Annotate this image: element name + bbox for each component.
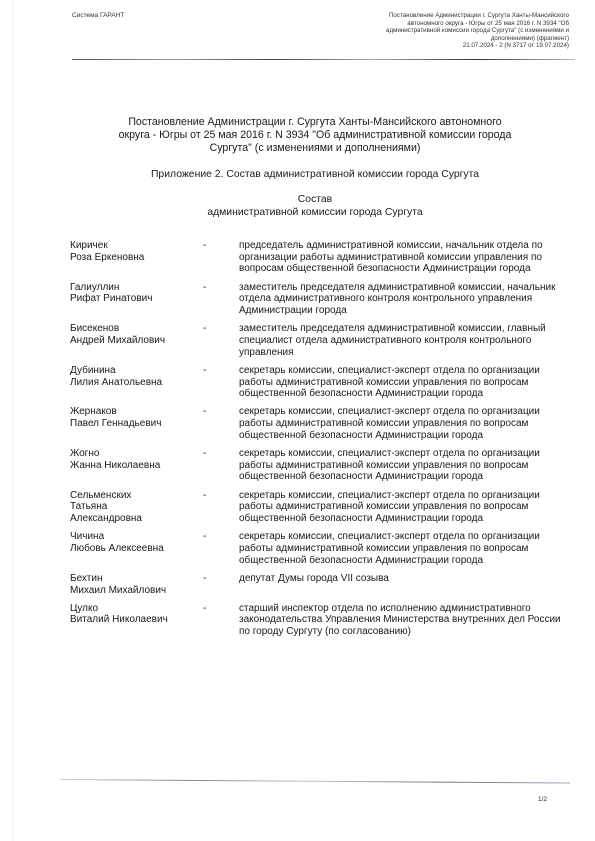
member-surname: Цулко [70, 603, 203, 615]
appendix-title: Приложение 2. Состав административной ко… [70, 169, 560, 180]
member-given-name: Любовь Алексеевна [70, 543, 203, 555]
member-given-name: Павел Геннадьевич [70, 418, 203, 430]
member-row: СельменскихТатьянаАлександровна-секретар… [70, 490, 570, 525]
member-row: ДубининаЛилия Анатольевна-секретарь коми… [70, 365, 570, 400]
member-surname: Бехтин [70, 573, 203, 585]
member-given-name: Роза Еркеновна [70, 252, 203, 264]
member-name: СельменскихТатьянаАлександровна [70, 490, 203, 525]
composition-heading: Состав административной комиссии города … [70, 193, 560, 219]
separator-dash: - [203, 531, 239, 566]
member-role: секретарь комиссии, специалист-эксперт о… [239, 406, 564, 441]
source-line: 21.07.2024 - 2 (N 3717 от 19.07.2024) [344, 42, 569, 50]
member-name: ЧичинаЛюбовь Алексеевна [70, 531, 203, 566]
member-surname: Сельменских [70, 490, 203, 502]
member-given-name: Михаил Михайлович [70, 585, 203, 597]
source-line: административной комиссии города Сургута… [344, 27, 569, 35]
member-role: депутат Думы города VII созыва [239, 573, 564, 596]
member-row: ЧичинаЛюбовь Алексеевна-секретарь комисс… [70, 531, 570, 566]
member-role: секретарь комиссии, специалист-эксперт о… [239, 490, 564, 525]
member-row: ЦулкоВиталий Николаевич-старший инспекто… [70, 603, 570, 638]
page-number: 1/2 [538, 796, 547, 803]
member-role: председатель административной комиссии, … [239, 240, 564, 275]
member-surname: Дубинина [70, 365, 203, 377]
separator-dash: - [203, 603, 239, 638]
scan-edge [12, 0, 13, 841]
member-given-name: Рифат Ринатович [70, 293, 203, 305]
separator-dash: - [203, 448, 239, 483]
member-row: ЖернаковПавел Геннадьевич-секретарь коми… [70, 406, 570, 441]
member-surname: Галиуллин [70, 282, 203, 294]
member-given-name: Александровна [70, 513, 203, 525]
document-title: Постановление Администрации г. Сургута Х… [70, 116, 560, 155]
member-role: секретарь комиссии, специалист-эксперт о… [239, 365, 564, 400]
separator-dash: - [203, 490, 239, 525]
footer-divider [60, 779, 570, 784]
member-surname: Жогно [70, 448, 203, 460]
member-role: секретарь комиссии, специалист-эксперт о… [239, 448, 564, 483]
member-name: ГалиуллинРифат Ринатович [70, 282, 203, 317]
title-line: Постановление Администрации г. Сургута Х… [70, 116, 560, 129]
member-surname: Чичина [70, 531, 203, 543]
separator-dash: - [203, 282, 239, 317]
title-line: округа - Югры от 25 мая 2016 г. N 3934 "… [70, 129, 560, 142]
member-row: ЖогноЖанна Николаевна-секретарь комиссии… [70, 448, 570, 483]
member-name: БисекеновАндрей Михайлович [70, 323, 203, 358]
member-role: заместитель председателя административно… [239, 323, 564, 358]
member-surname: Бисекенов [70, 323, 203, 335]
member-row: ГалиуллинРифат Ринатович-заместитель пре… [70, 282, 570, 317]
member-given-name: Татьяна [70, 501, 203, 513]
title-line: Сургута" (с изменениями и дополнениями) [70, 142, 560, 155]
separator-dash: - [203, 240, 239, 275]
member-role: секретарь комиссии, специалист-эксперт о… [239, 531, 564, 566]
member-role: заместитель председателя административно… [239, 282, 564, 317]
source-reference: Постановление Администрации г. Сургута Х… [344, 12, 569, 50]
member-role: старший инспектор отдела по исполнению а… [239, 603, 564, 638]
member-name: ЖернаковПавел Геннадьевич [70, 406, 203, 441]
separator-dash: - [203, 323, 239, 358]
member-surname: Жернаков [70, 406, 203, 418]
member-given-name: Виталий Николаевич [70, 614, 203, 626]
separator-dash: - [203, 365, 239, 400]
members-list: КиричекРоза Еркеновна-председатель админ… [70, 240, 570, 644]
member-name: КиричекРоза Еркеновна [70, 240, 203, 275]
member-surname: Киричек [70, 240, 203, 252]
member-row: БехтинМихаил Михайлович-депутат Думы гор… [70, 573, 570, 596]
member-row: БисекеновАндрей Михайлович-заместитель п… [70, 323, 570, 358]
heading-line: административной комиссии города Сургута [70, 206, 560, 219]
member-name: БехтинМихаил Михайлович [70, 573, 203, 596]
member-name: ДубининаЛилия Анатольевна [70, 365, 203, 400]
member-given-name: Жанна Николаевна [70, 460, 203, 472]
member-given-name: Лилия Анатольевна [70, 377, 203, 389]
source-line: автономного округа - Югры от 25 мая 2016… [344, 20, 569, 28]
separator-dash: - [203, 573, 239, 596]
member-name: ЖогноЖанна Николаевна [70, 448, 203, 483]
header-divider [72, 59, 575, 60]
source-line: Постановление Администрации г. Сургута Х… [344, 12, 569, 20]
member-row: КиричекРоза Еркеновна-председатель админ… [70, 240, 570, 275]
separator-dash: - [203, 406, 239, 441]
system-label: Система ГАРАНТ [72, 12, 124, 19]
member-name: ЦулкоВиталий Николаевич [70, 603, 203, 638]
heading-line: Состав [70, 193, 560, 206]
source-line: дополнениями) (фрагмент) [344, 35, 569, 43]
member-given-name: Андрей Михайлович [70, 335, 203, 347]
